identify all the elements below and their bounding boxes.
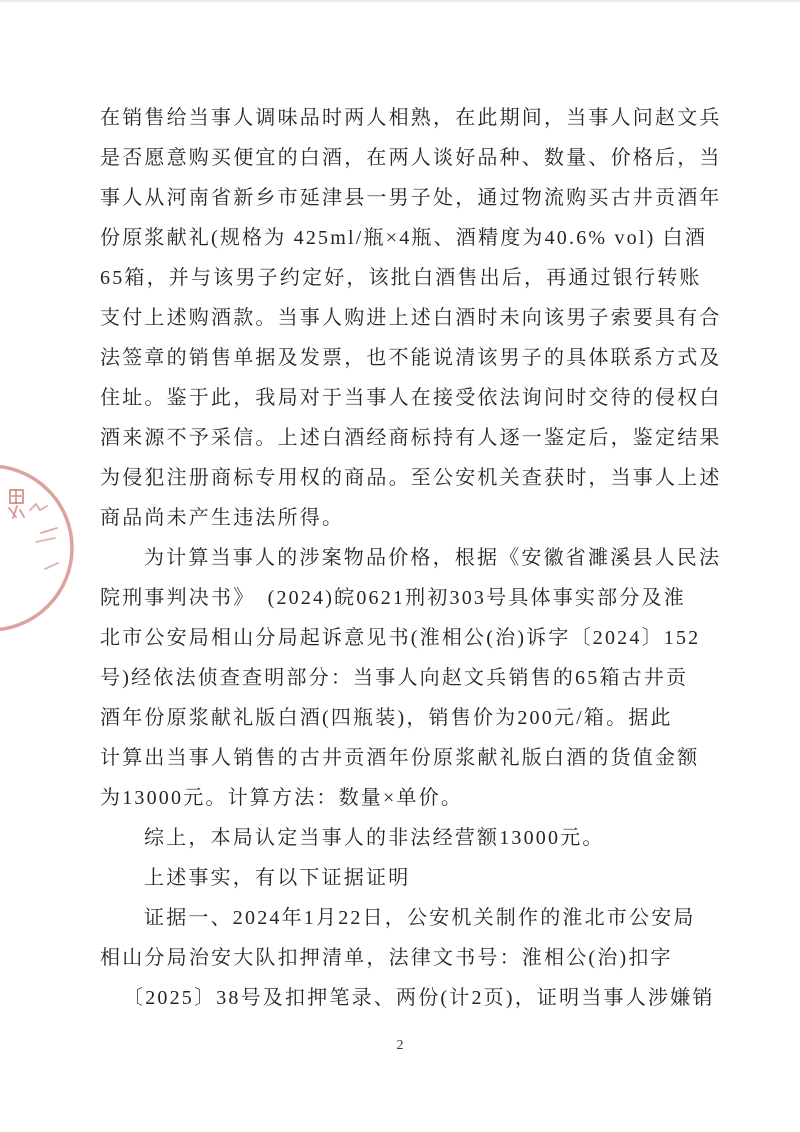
scanned-document-page: 在销售给当事人调味品时两人相熟，在此期间，当事人问赵文兵是否愿意购买便宜的白酒，…	[0, 0, 800, 1132]
text-line: 相山分局治安大队扣押清单，法律文书号：淮相公(治)扣字	[100, 938, 722, 978]
text-line: 事人从河南省新乡市延津县一男子处，通过物流购买古井贡酒年	[100, 178, 722, 218]
text-line: 法签章的销售单据及发票，也不能说清该男子的具体联系方式及	[100, 338, 722, 378]
text-line: 为13000元。计算方法：数量×单价。	[100, 778, 722, 818]
text-line: 支付上述购酒款。当事人购进上述白酒时未向该男子索要具有合	[100, 298, 722, 338]
text-line: 份原浆献礼(规格为 425ml/瓶×4瓶、酒精度为40.6% vol) 白酒	[100, 218, 722, 258]
document-body: 在销售给当事人调味品时两人相熟，在此期间，当事人问赵文兵是否愿意购买便宜的白酒，…	[100, 98, 722, 1018]
text-line: 北市公安局相山分局起诉意见书(淮相公(治)诉字〔2024〕152	[100, 618, 722, 658]
text-line: 酒年份原浆献礼版白酒(四瓶装)，销售价为200元/箱。据此	[100, 698, 722, 738]
text-line: 是否愿意购买便宜的白酒，在两人谈好品种、数量、价格后，当	[100, 138, 722, 178]
text-line: 综上，本局认定当事人的非法经营额13000元。	[100, 818, 722, 858]
text-line: 65箱，并与该男子约定好，该批白酒售出后，再通过银行转账	[100, 258, 722, 298]
scan-edge-line	[0, 0, 800, 2]
text-line: 号)经依法侦查查明部分：当事人向赵文兵销售的65箱古井贡	[100, 658, 722, 698]
text-line: 在销售给当事人调味品时两人相熟，在此期间，当事人问赵文兵	[100, 98, 722, 138]
text-line: 院刑事判决书》 (2024)皖0621刑初303号具体事实部分及淮	[100, 578, 722, 618]
text-line: 住址。鉴于此，我局对于当事人在接受依法询问时交待的侵权白	[100, 378, 722, 418]
red-seal-stamp	[0, 462, 80, 632]
text-line: 商品尚未产生违法所得。	[100, 498, 722, 538]
text-line: 上述事实，有以下证据证明	[100, 858, 722, 898]
page-number: 2	[0, 1036, 800, 1056]
text-line: 为计算当事人的涉案物品价格，根据《安徽省濉溪县人民法	[100, 538, 722, 578]
text-line: 〔2025〕38号及扣押笔录、两份(计2页)，证明当事人涉嫌销	[100, 978, 722, 1018]
text-line: 为侵犯注册商标专用权的商品。至公安机关查获时，当事人上述	[100, 458, 722, 498]
text-line: 酒来源不予采信。上述白酒经商标持有人逐一鉴定后，鉴定结果	[100, 418, 722, 458]
text-line: 证据一、2024年1月22日，公安机关制作的淮北市公安局	[100, 898, 722, 938]
text-line: 计算出当事人销售的古井贡酒年份原浆献礼版白酒的货值金额	[100, 738, 722, 778]
